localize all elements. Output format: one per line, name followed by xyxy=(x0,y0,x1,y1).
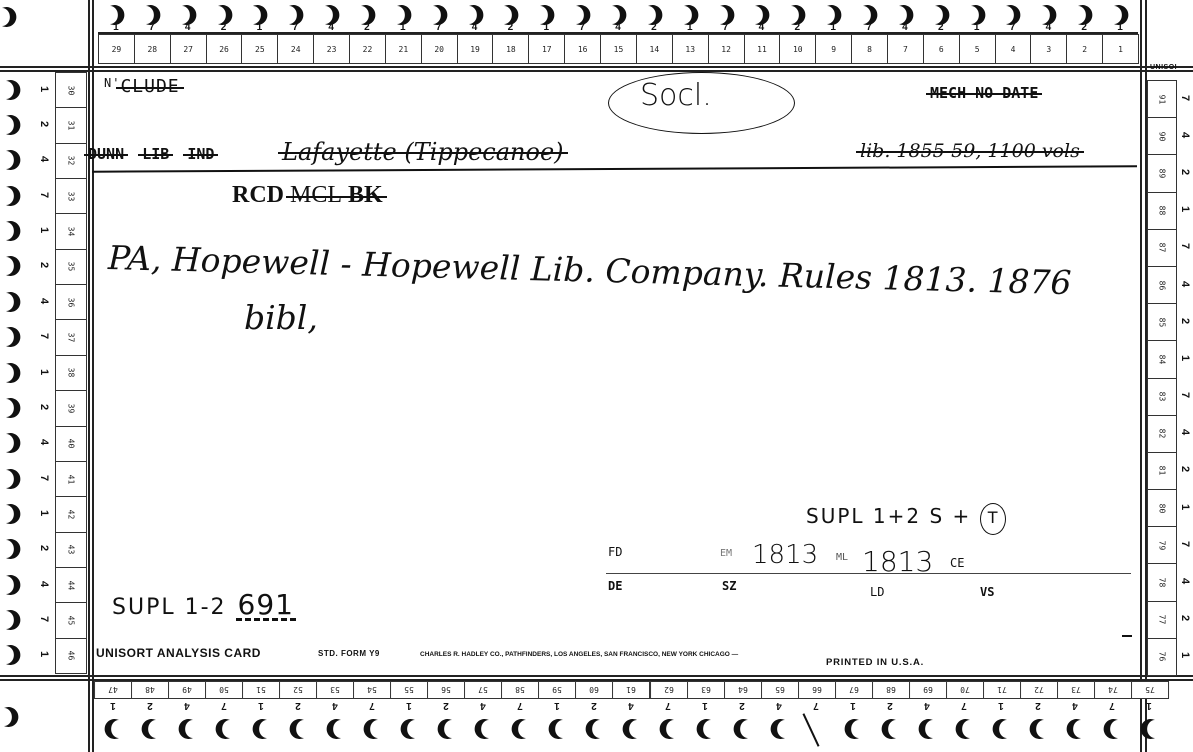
hole-code: 7 xyxy=(954,700,974,711)
field-cell: 56 xyxy=(427,681,465,699)
punch-hole-icon xyxy=(2,255,22,277)
fd-de-divider xyxy=(606,573,1131,574)
punch-hole-icon xyxy=(2,397,22,419)
field-cell: 63 xyxy=(687,681,725,699)
hole-code: 1 xyxy=(843,700,863,711)
punch-hole-icon xyxy=(362,718,382,740)
punch-hole-icon xyxy=(621,718,641,740)
hole-code: 1 xyxy=(695,700,715,711)
field-cell: 34 xyxy=(55,213,87,249)
hole-code: 4 xyxy=(1179,274,1191,294)
punch-hole-icon xyxy=(0,706,20,728)
field-cell: 38 xyxy=(55,355,87,391)
field-cell: 64 xyxy=(724,681,762,699)
punch-hole-icon xyxy=(991,718,1011,740)
punch-hole-icon xyxy=(399,718,419,740)
field-cell: 37 xyxy=(55,319,87,355)
punch-hole-icon xyxy=(2,574,22,596)
hole-code: 4 xyxy=(38,432,50,452)
field-cell: 42 xyxy=(55,496,87,532)
field-cell: 5 xyxy=(959,34,996,64)
field-cell: 11 xyxy=(744,34,781,64)
vs-label: VS xyxy=(980,585,994,599)
supl-right-circled: T xyxy=(980,503,1006,535)
hole-code: 4 xyxy=(38,574,50,594)
hole-code: 1 xyxy=(1139,700,1159,711)
field-cell: 90 xyxy=(1147,117,1177,155)
field-cell: 41 xyxy=(55,461,87,497)
field-cell: 69 xyxy=(909,681,947,699)
punch-hole-icon xyxy=(2,362,22,384)
hole-code: 7 xyxy=(1179,88,1191,108)
tick-mark xyxy=(1122,635,1132,637)
field-cell: 65 xyxy=(761,681,799,699)
ml-label: ML xyxy=(836,552,848,563)
field-cell: 86 xyxy=(1147,266,1177,304)
supl-right: SUPL 1+2 S + T xyxy=(806,503,1006,535)
punch-hole-icon xyxy=(2,291,22,313)
rcd-mcl-bk: RCD MCL BK xyxy=(232,182,383,209)
lib-note-handwritten: lib. 1855-59, 1100 vols xyxy=(860,140,1080,162)
subject-text: Socl. xyxy=(640,78,712,113)
hole-code: 7 xyxy=(510,700,530,711)
hole-code: 2 xyxy=(1179,459,1191,479)
hole-code: 4 xyxy=(177,700,197,711)
field-cell: 30 xyxy=(55,72,87,108)
hole-code: 7 xyxy=(1179,385,1191,405)
hole-code: 1 xyxy=(38,220,50,240)
field-cell: 81 xyxy=(1147,452,1177,490)
hole-code: 2 xyxy=(1179,608,1191,628)
field-cell: 31 xyxy=(55,107,87,143)
punch-hole-icon xyxy=(2,538,22,560)
field-cell: 55 xyxy=(390,681,428,699)
punch-hole-icon xyxy=(917,718,937,740)
hole-code: 2 xyxy=(436,700,456,711)
field-cell: 46 xyxy=(55,638,87,674)
field-cell: 59 xyxy=(538,681,576,699)
punch-hole-icon xyxy=(473,718,493,740)
field-cell: 74 xyxy=(1094,681,1132,699)
field-cell: 6 xyxy=(923,34,960,64)
hole-code: 7 xyxy=(1179,534,1191,554)
field-cell: 43 xyxy=(55,532,87,568)
hole-code: 7 xyxy=(1102,700,1122,711)
punch-hole-icon xyxy=(2,114,22,136)
main-entry-line2: bibl, xyxy=(244,298,318,337)
field-cell: 8 xyxy=(851,34,888,64)
field-cell: 1 xyxy=(1102,34,1139,64)
mech-no-date: MECH NO DATE xyxy=(930,84,1038,102)
supl-left: SUPL 1-2 691 xyxy=(112,592,296,621)
punch-hole-icon xyxy=(2,644,22,666)
hole-code: 4 xyxy=(1065,700,1085,711)
punch-hole-icon xyxy=(658,718,678,740)
field-cell: 14 xyxy=(636,34,673,64)
punch-hole-icon xyxy=(325,718,345,740)
field-cell: 20 xyxy=(421,34,458,64)
punch-hole-icon xyxy=(436,718,456,740)
field-cell: 36 xyxy=(55,284,87,320)
hole-code: 2 xyxy=(38,397,50,417)
hole-code: 7 xyxy=(214,700,234,711)
field-cell: 18 xyxy=(492,34,529,64)
hole-code: 2 xyxy=(732,700,752,711)
hole-code: 4 xyxy=(473,700,493,711)
punch-hole-icon xyxy=(1028,718,1048,740)
hole-code: 1 xyxy=(251,700,271,711)
hole-code: 7 xyxy=(38,609,50,629)
punch-hole-icon xyxy=(695,718,715,740)
punch-hole-icon xyxy=(2,326,22,348)
field-cell: 78 xyxy=(1147,563,1177,601)
punch-hole-icon xyxy=(769,718,789,740)
location-handwritten: Lafayette (Tippecanoe) xyxy=(282,138,564,166)
field-cell: 54 xyxy=(353,681,391,699)
punch-hole-icon xyxy=(1102,718,1122,740)
hole-code: 2 xyxy=(1028,700,1048,711)
field-cell: 25 xyxy=(241,34,278,64)
hole-code: 7 xyxy=(38,326,50,346)
punch-hole-icon xyxy=(2,432,22,454)
em-label: EM xyxy=(720,548,732,559)
hole-code: 1 xyxy=(1179,199,1191,219)
hole-code: 2 xyxy=(38,538,50,558)
punch-hole-icon xyxy=(584,718,604,740)
punch-hole-icon xyxy=(510,718,530,740)
field-cell: 29 xyxy=(98,34,135,64)
hole-code: 1 xyxy=(991,700,1011,711)
field-cell: 9 xyxy=(815,34,852,64)
field-cell: 53 xyxy=(316,681,354,699)
field-cell: 45 xyxy=(55,602,87,638)
include-label: N'CLUDE xyxy=(104,76,180,97)
punch-hole-icon xyxy=(2,609,22,631)
punch-hole-icon xyxy=(140,718,160,740)
hole-code: 1 xyxy=(1179,645,1191,665)
fd-label: FD xyxy=(608,545,622,559)
field-cell: 79 xyxy=(1147,526,1177,564)
main-entry-line1: PA, Hopewell - Hopewell Lib. Company. Ru… xyxy=(107,238,1072,302)
field-cell: 48 xyxy=(131,681,169,699)
field-cell: 82 xyxy=(1147,415,1177,453)
hole-code: 4 xyxy=(917,700,937,711)
hole-code: 2 xyxy=(288,700,308,711)
field-cell: 35 xyxy=(55,249,87,285)
top-margin-line xyxy=(0,66,1193,68)
field-cell: 33 xyxy=(55,178,87,214)
hole-code: 2 xyxy=(140,700,160,711)
field-cell: 76 xyxy=(1147,638,1177,676)
field-cell: 10 xyxy=(779,34,816,64)
punch-hole-icon xyxy=(0,6,18,28)
field-cell: 62 xyxy=(650,681,688,699)
field-cell: 44 xyxy=(55,567,87,603)
field-cell: 68 xyxy=(872,681,910,699)
field-cell: 91 xyxy=(1147,80,1177,118)
hole-code: 1 xyxy=(103,700,123,711)
punch-hole-icon xyxy=(1065,718,1085,740)
field-cell: 4 xyxy=(995,34,1032,64)
printed-in-usa: PRINTED IN U.S.A. xyxy=(826,657,924,668)
left-margin-line-2 xyxy=(92,0,94,752)
field-cell: 27 xyxy=(170,34,207,64)
hole-code: 1 xyxy=(1179,348,1191,368)
punch-hole-icon xyxy=(547,718,567,740)
punch-hole-icon xyxy=(2,149,22,171)
hole-code: 1 xyxy=(38,79,50,99)
field-cell: 12 xyxy=(708,34,745,64)
top-margin-line-2 xyxy=(0,70,1193,72)
hole-code: 2 xyxy=(38,255,50,275)
field-cell: 73 xyxy=(1057,681,1095,699)
left-margin-line xyxy=(88,0,90,752)
em-value: 1813 xyxy=(752,540,818,570)
punch-hole-icon xyxy=(1139,718,1159,740)
hole-code: 4 xyxy=(769,700,789,711)
field-cell: 2 xyxy=(1066,34,1103,64)
field-cell: 85 xyxy=(1147,303,1177,341)
field-cell: 7 xyxy=(887,34,924,64)
field-cell: 3 xyxy=(1030,34,1067,64)
field-cell: 58 xyxy=(501,681,539,699)
hole-code: 4 xyxy=(38,149,50,169)
field-cell: 88 xyxy=(1147,192,1177,230)
hole-code: 1 xyxy=(38,362,50,382)
field-cell: 49 xyxy=(168,681,206,699)
form-std: STD. FORM Y9 xyxy=(318,649,380,658)
hole-code: 4 xyxy=(1179,125,1191,145)
field-cell: 70 xyxy=(946,681,984,699)
field-cell: 40 xyxy=(55,426,87,462)
hole-code: 1 xyxy=(547,700,567,711)
hole-code: 1 xyxy=(38,644,50,664)
punch-hole-icon xyxy=(2,220,22,242)
punch-hole-icon xyxy=(843,718,863,740)
bottom-margin-line xyxy=(0,675,1193,677)
field-cell: 72 xyxy=(1020,681,1058,699)
field-cell: 24 xyxy=(277,34,314,64)
form-name: UNISORT ANALYSIS CARD xyxy=(96,646,261,660)
field-cell: 57 xyxy=(464,681,502,699)
punch-hole-icon xyxy=(214,718,234,740)
field-cell: 32 xyxy=(55,143,87,179)
field-cell: 75 xyxy=(1131,681,1169,699)
hole-code: 4 xyxy=(1179,422,1191,442)
hole-code: 7 xyxy=(806,700,826,711)
field-cell: 50 xyxy=(205,681,243,699)
field-cell: 26 xyxy=(206,34,243,64)
hole-code: 7 xyxy=(658,700,678,711)
punch-hole-icon xyxy=(251,718,271,740)
ld-label: LD xyxy=(870,585,884,599)
field-cell: 80 xyxy=(1147,489,1177,527)
punch-hole-icon xyxy=(2,185,22,207)
punch-hole-icon xyxy=(954,718,974,740)
supl-left-value: 691 xyxy=(236,592,296,621)
field-cell: 89 xyxy=(1147,154,1177,192)
field-cell: 16 xyxy=(564,34,601,64)
hole-code: 1 xyxy=(38,503,50,523)
punch-hole-icon xyxy=(2,79,22,101)
de-label: DE xyxy=(608,579,622,593)
right-margin-line xyxy=(1140,0,1142,752)
hole-code: 2 xyxy=(38,114,50,134)
hole-code: 4 xyxy=(1179,571,1191,591)
hole-code: 4 xyxy=(621,700,641,711)
sz-label: SZ xyxy=(722,579,736,593)
punch-hole-icon xyxy=(103,718,123,740)
hole-code: 7 xyxy=(362,700,382,711)
field-cell: 87 xyxy=(1147,229,1177,267)
field-cell: 77 xyxy=(1147,601,1177,639)
field-cell: 71 xyxy=(983,681,1021,699)
field-cell: 61 xyxy=(612,681,650,699)
punch-hole-icon xyxy=(177,718,197,740)
punch-hole-icon xyxy=(2,503,22,525)
dunn-lib-ind: DUNN LIB IND xyxy=(88,145,214,163)
hole-code: 1 xyxy=(1179,497,1191,517)
field-cell: 51 xyxy=(242,681,280,699)
top-row-rule xyxy=(98,32,1138,34)
hole-code: 4 xyxy=(325,700,345,711)
field-cell: 52 xyxy=(279,681,317,699)
ce-label: CE xyxy=(950,556,964,570)
field-cell: 60 xyxy=(575,681,613,699)
punch-hole-icon xyxy=(732,718,752,740)
underline-stroke xyxy=(92,165,1137,172)
punch-hole-icon xyxy=(288,718,308,740)
field-cell: 28 xyxy=(134,34,171,64)
hole-code: 7 xyxy=(38,185,50,205)
field-cell: 22 xyxy=(349,34,386,64)
field-cell: 83 xyxy=(1147,378,1177,416)
hole-code: 7 xyxy=(38,468,50,488)
field-cell: 84 xyxy=(1147,340,1177,378)
corner-label: UNISOI xyxy=(1150,64,1177,71)
hole-code: 2 xyxy=(1179,162,1191,182)
hole-code: 1 xyxy=(399,700,419,711)
field-cell: 39 xyxy=(55,390,87,426)
field-cell: 66 xyxy=(798,681,836,699)
hole-code: 2 xyxy=(1179,311,1191,331)
notch-cut-icon xyxy=(803,713,820,746)
field-cell: 23 xyxy=(313,34,350,64)
field-cell: 15 xyxy=(600,34,637,64)
field-cell: 17 xyxy=(528,34,565,64)
hole-code: 7 xyxy=(1179,236,1191,256)
field-cell: 19 xyxy=(457,34,494,64)
field-cell: 67 xyxy=(835,681,873,699)
field-cell: 13 xyxy=(672,34,709,64)
punch-hole-icon xyxy=(880,718,900,740)
hole-code: 4 xyxy=(38,291,50,311)
punch-hole-icon xyxy=(2,468,22,490)
field-cell: 47 xyxy=(94,681,132,699)
hole-code: 2 xyxy=(880,700,900,711)
hole-code: 2 xyxy=(584,700,604,711)
field-cell: 21 xyxy=(385,34,422,64)
publisher: CHARLES R. HADLEY CO., PATHFINDERS, LOS … xyxy=(420,651,738,658)
